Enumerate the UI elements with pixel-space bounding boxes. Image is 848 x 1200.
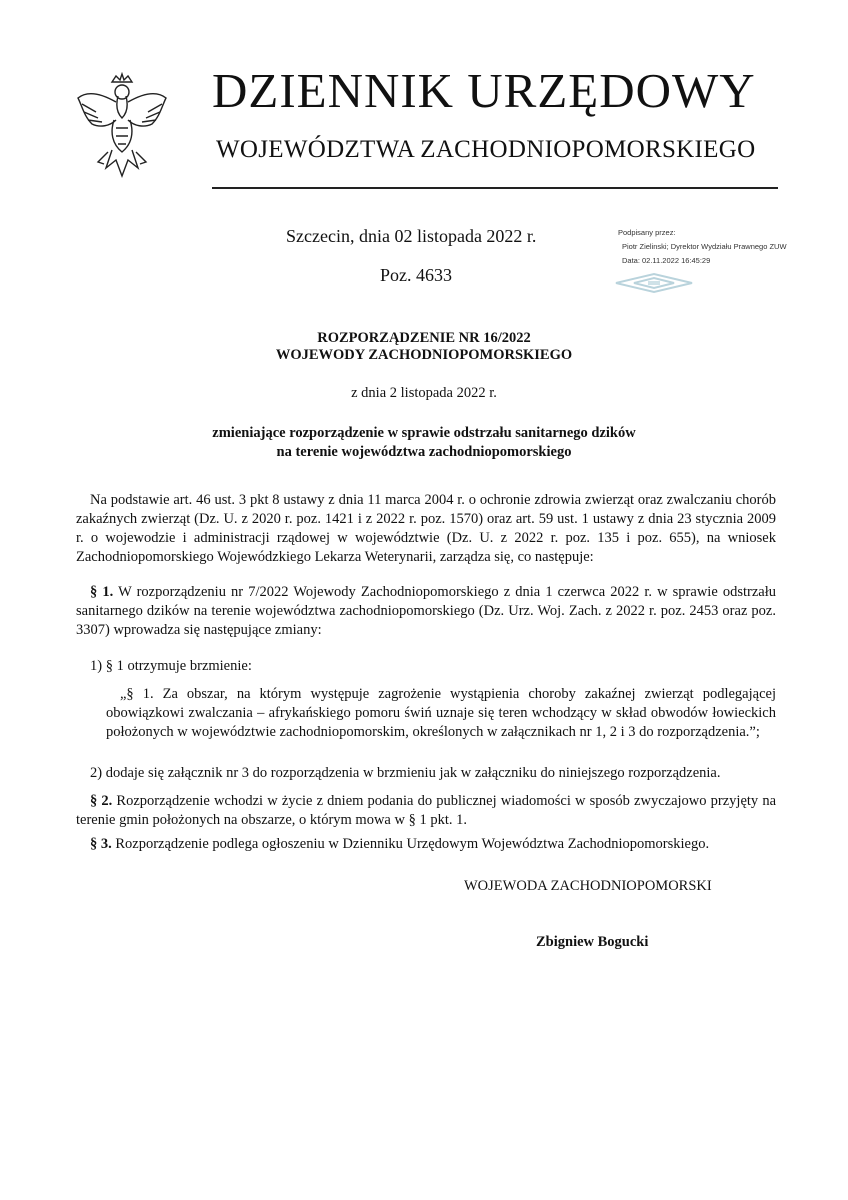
section-2-paragraph: § 2. Rozporządzenie wchodzi w życie z dn…: [76, 792, 776, 830]
section-3-label: § 3.: [90, 836, 112, 852]
section-3-paragraph: § 3. Rozporządzenie podlega ogłoszeniu w…: [76, 835, 776, 854]
section-1-text: W rozporządzeniu nr 7/2022 Wojewody Zach…: [76, 584, 776, 638]
polish-eagle-emblem-icon: [72, 72, 172, 182]
act-subject-line1: zmieniające rozporządzenie w sprawie ods…: [0, 424, 848, 443]
item-2: 2) dodaje się załącznik nr 3 do rozporzą…: [76, 764, 776, 783]
section-2-label: § 2.: [90, 793, 112, 809]
act-title-line1: ROZPORZĄDZENIE NR 16/2022: [0, 330, 848, 347]
item-2-text: 2) dodaje się załącznik nr 3 do rozporzą…: [76, 764, 776, 783]
item-1-text: 1) § 1 otrzymuje brzmienie:: [76, 657, 776, 676]
place-date: Szczecin, dnia 02 listopada 2022 r.: [286, 226, 536, 247]
legal-basis-text: Na podstawie art. 46 ust. 3 pkt 8 ustawy…: [76, 491, 776, 567]
act-title-line2: WOJEWODY ZACHODNIOPOMORSKIEGO: [0, 347, 848, 364]
act-subject: zmieniające rozporządzenie w sprawie ods…: [0, 424, 848, 462]
quoted-provision: „§ 1. Za obszar, na którym występuje zag…: [106, 685, 776, 742]
position-number: Poz. 4633: [380, 265, 452, 286]
legal-basis-paragraph: Na podstawie art. 46 ust. 3 pkt 8 ustawy…: [76, 491, 776, 567]
act-title: ROZPORZĄDZENIE NR 16/2022 WOJEWODY ZACHO…: [0, 330, 848, 364]
section-3-text: Rozporządzenie podlega ogłoszeniu w Dzie…: [112, 836, 709, 852]
signer-name: Zbigniew Bogucki: [536, 934, 648, 951]
signer-role: WOJEWODA ZACHODNIOPOMORSKI: [464, 878, 712, 895]
gazette-subtitle: WOJEWÓDZTWA ZACHODNIOPOMORSKIEGO: [216, 136, 755, 164]
signature-label: Podpisany przez:: [618, 226, 787, 240]
section-1-paragraph: § 1. W rozporządzeniu nr 7/2022 Wojewody…: [76, 583, 776, 640]
section-1-label: § 1.: [90, 584, 113, 600]
section-2-text: Rozporządzenie wchodzi w życie z dniem p…: [76, 793, 776, 828]
e-signature-logo-icon: [614, 272, 694, 294]
signature-signer: Piotr Zielinski; Dyrektor Wydziału Prawn…: [618, 240, 787, 254]
item-1: 1) § 1 otrzymuje brzmienie:: [76, 657, 776, 676]
quoted-provision-text: „§ 1. Za obszar, na którym występuje zag…: [106, 685, 776, 742]
digital-signature-block: Podpisany przez: Piotr Zielinski; Dyrekt…: [618, 226, 787, 268]
signature-date: Data: 02.11.2022 16:45:29: [618, 254, 787, 268]
act-subject-line2: na terenie województwa zachodniopomorski…: [0, 443, 848, 462]
header-divider: [212, 187, 778, 189]
act-date: z dnia 2 listopada 2022 r.: [0, 385, 848, 402]
gazette-title: DZIENNIK URZĘDOWY: [212, 62, 756, 119]
